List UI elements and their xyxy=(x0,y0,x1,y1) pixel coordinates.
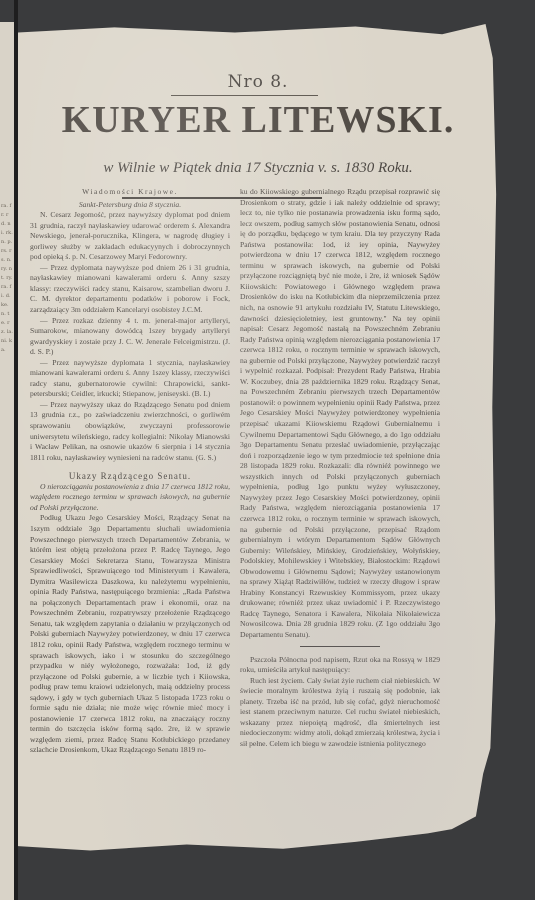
newspaper-title: KURYER LITEWSKI. xyxy=(18,98,498,142)
article-divider xyxy=(300,646,380,647)
right-column: ku do Kiiowskiego gubernialnego Rządu pr… xyxy=(240,187,440,749)
masthead-rule-top xyxy=(171,95,318,96)
paragraph: — Przez naywyższe dyplomata 1 stycznia, … xyxy=(30,358,230,400)
previous-page-edge: ra. fr. rd. ni. rk. n. p. rs. rs. n. ry.… xyxy=(0,22,14,900)
ukaz-text: Podług Ukazu Jego Cesarskiey Mości, Rząd… xyxy=(30,513,230,756)
left-column: Wiadomości Krajowe. Sankt-Petersburg dni… xyxy=(30,187,230,756)
masthead-rule-bottom xyxy=(122,197,322,199)
continuation-text: ku do Kiiowskiego gubernialnego Rządu pr… xyxy=(240,187,440,641)
article-intro: Pszczoła Północna pod napisem, Rzut oka … xyxy=(240,655,440,676)
ukaz-heading: Ukazy Rządzącego Senatu. xyxy=(30,471,230,482)
paragraph: — Przez rozkaz dzienny 4 t. m. jenerał-m… xyxy=(30,316,230,358)
newspaper-page: Nro 8. KURYER LITEWSKI. w Wilnie w Piąte… xyxy=(18,24,500,876)
binding-spine xyxy=(14,0,18,900)
article-text: Ruch iest życiem. Cały świat żyie ruchem… xyxy=(240,676,440,750)
paragraph: — Przez dyplomata naywyższe pod dniem 26… xyxy=(30,263,230,316)
paragraph: — Przez naywyższy ukaz do Rządzącego Sen… xyxy=(30,400,230,463)
issue-number: Nro 8. xyxy=(18,72,498,92)
paragraph: N. Cesarz Jegomość, przez naywyższy dypl… xyxy=(30,210,230,263)
dateline: w Wilnie w Piątek dnia 17 Stycznia v. s.… xyxy=(18,160,498,177)
ukaz-subheading: O nierozciąganiu postanowienia z dnia 17… xyxy=(30,482,230,514)
place-date: Sankt-Petersburg dnia 8 stycznia. xyxy=(30,200,230,211)
previous-page-text-fragments: ra. fr. rd. ni. rk. n. p. rs. rs. n. ry.… xyxy=(1,202,13,355)
section-heading: Wiadomości Krajowe. xyxy=(30,187,230,198)
